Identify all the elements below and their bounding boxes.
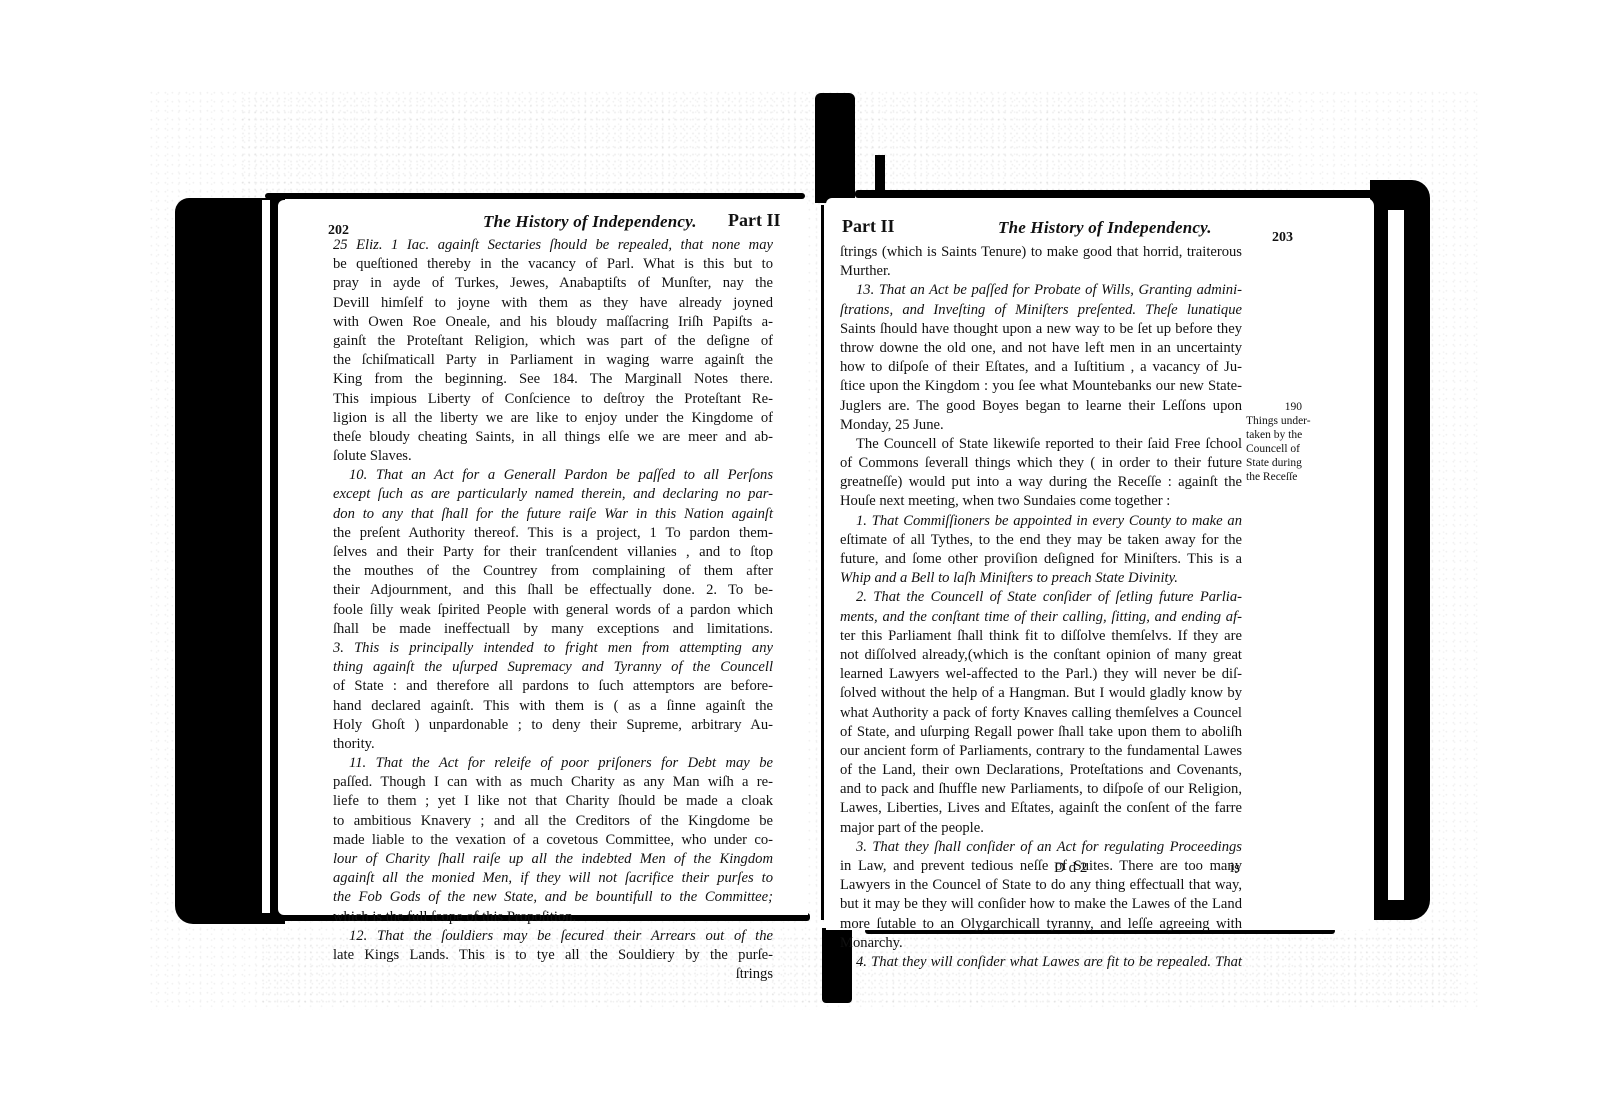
- text-line: the ſchiſmaticall Party in Parliament in…: [333, 351, 773, 370]
- text-line: what Authority a pack of forty Knaves ca…: [840, 704, 1242, 723]
- text-line: Holy Ghoſt ) unpardonable ; to deny thei…: [333, 716, 773, 735]
- text-line: ments, and the conſtant time of their ca…: [840, 608, 1242, 627]
- text-line: made liable to the vexation of a covetou…: [333, 831, 773, 850]
- text-line: thority.: [333, 735, 773, 754]
- text-line: not diſſolved already,(which is the conſ…: [840, 646, 1242, 665]
- text-line: our ancient form of Parliaments, contrar…: [840, 742, 1242, 761]
- running-title: The History of Independency.: [483, 212, 697, 232]
- running-title: The History of Independency.: [998, 218, 1212, 238]
- text-line: Murther.: [840, 262, 1242, 281]
- right-cover-gap: [1388, 210, 1404, 900]
- text-line: Juglers are. The good Boyes began to lea…: [840, 397, 1242, 416]
- text-line: don to any that ſhall for the future rai…: [333, 505, 773, 524]
- text-line: paſſed. Though I can with as much Charit…: [333, 773, 773, 792]
- text-line: liefe to them ; yet I like not that Char…: [333, 792, 773, 811]
- text-line: ſolute Slaves.: [333, 447, 773, 466]
- text-line: the Fob Gods of the new State, and be bo…: [333, 888, 773, 907]
- text-line: Whip and a Bell to laſh Miniſters to pre…: [840, 569, 1242, 588]
- text-line: the preſent Authority thereof. This is a…: [333, 524, 773, 543]
- text-line: 1. That Commiſſioners be appointed in ev…: [840, 512, 1242, 531]
- left-cover-gap: [262, 200, 270, 920]
- signature-mark: D d 2: [1054, 860, 1087, 877]
- text-line: late Kings Lands. This is to tye all the…: [333, 946, 773, 965]
- text-line: 11. That the Act for releife of poor pri…: [333, 754, 773, 773]
- text-line: Lawes, Liberties, Lives and Eſtates, aga…: [840, 799, 1242, 818]
- margin-note-line: State during: [1246, 456, 1316, 470]
- text-line: ſtrations, and Inveſting of Miniſters pr…: [840, 301, 1242, 320]
- text-line: how to diſpoſe of their Eſtates, and a I…: [840, 358, 1242, 377]
- text-line: in Law, and prevent tedious neſſe of Sui…: [840, 857, 1242, 876]
- scan-noise-top: [240, 95, 1290, 205]
- text-line: foole ſilly weak ſpirited People with ge…: [333, 601, 773, 620]
- margin-note-line: Things under-: [1246, 414, 1316, 428]
- spine-top: [815, 93, 855, 203]
- margin-note-line: taken by the: [1246, 428, 1316, 442]
- right-cover-inner: [1372, 200, 1386, 905]
- text-line: 13. That an Act be paſſed for Probate of…: [840, 281, 1242, 300]
- text-line: Monday, 25 June.: [840, 416, 1242, 435]
- part-label: Part II: [728, 210, 781, 231]
- left-page-edge-line: [270, 202, 274, 918]
- text-line: learned Lawyers wel-affected to the Parl…: [840, 665, 1242, 684]
- text-line: 4. That they will conſider what Lawes ar…: [840, 953, 1242, 972]
- gutter-line: [821, 205, 824, 920]
- text-line: thing againſt the uſurped Supremacy and …: [333, 658, 773, 677]
- text-line: of Commons ſeverall things which they ( …: [840, 454, 1242, 473]
- text-line: againſt all the monied Men, if they will…: [333, 869, 773, 888]
- text-line: 2. That the Councell of State conſider o…: [840, 588, 1242, 607]
- text-line: Houſe next meeting, when two Sundaies co…: [840, 492, 1242, 511]
- text-line: ſtrings (which is Saints Tenure) to make…: [840, 243, 1242, 262]
- left-page: 202 The History of Independency. Part II…: [278, 200, 808, 915]
- margin-note-line: the Receſſe: [1246, 470, 1316, 484]
- left-page-body: 25 Eliz. 1 Iac. againſt Sectaries ſhould…: [333, 236, 773, 984]
- text-line: greatneſſe) would put into a way during …: [840, 473, 1242, 492]
- text-line: ſolved without the help of a Hangman. Bu…: [840, 684, 1242, 703]
- text-line: their Adjournment, and this ſhall be eff…: [333, 581, 773, 600]
- text-line: and to pack and ſhuffle new Parliaments,…: [840, 780, 1242, 799]
- text-line: the mouthes of the Countrey from complai…: [333, 562, 773, 581]
- catchword: is: [1230, 860, 1240, 877]
- text-line: Saints ſhould have thought upon a new wa…: [840, 320, 1242, 339]
- text-line: future, and ſome other proviſion deſigne…: [840, 550, 1242, 569]
- text-line: ſelves and their Party for their tranſce…: [333, 543, 773, 562]
- text-line: of the Land, their own Declarations, Pro…: [840, 761, 1242, 780]
- text-line: 25 Eliz. 1 Iac. againſt Sectaries ſhould…: [333, 236, 773, 255]
- left-page-top-edge: [265, 193, 805, 199]
- text-line: hand declared againſt. This with them is…: [333, 697, 773, 716]
- text-line: be queſtioned thereby in the vacancy of …: [333, 255, 773, 274]
- text-line: ſtice upon the Kingdom : you ſee what Mo…: [840, 377, 1242, 396]
- text-line: of State : and therefore all pardons to …: [333, 677, 773, 696]
- text-line: with Owen Roe Oneale, and his bloudy maſ…: [333, 313, 773, 332]
- text-line: This impious Liberty of Conſcience to de…: [333, 390, 773, 409]
- part-label: Part II: [842, 216, 895, 237]
- text-line: eſtimate of all Tythes, to the end they …: [840, 531, 1242, 550]
- text-line: of State, and uſurping Regall power ſhal…: [840, 723, 1242, 742]
- text-line: Devill himſelf to joyne with them as the…: [333, 294, 773, 313]
- text-line: 3. That they ſhall conſider of an Act fo…: [840, 838, 1242, 857]
- text-line: throw downe the old one, and not have le…: [840, 339, 1242, 358]
- text-line: 3. This is principally intended to frigh…: [333, 639, 773, 658]
- text-line: major part of the people.: [840, 819, 1242, 838]
- text-line: ligion is all the liberty we are like to…: [333, 409, 773, 428]
- text-line: to ambitious Knavery ; and all the Credi…: [333, 812, 773, 831]
- text-line: King from the beginning. See 184. The Ma…: [333, 370, 773, 389]
- margin-note: 190 Things under- taken by the Councell …: [1246, 400, 1316, 484]
- text-line: theſe bloudy cheating Saints, in all thi…: [333, 428, 773, 447]
- text-line: Lawyers in the Councel of State to do an…: [840, 876, 1242, 895]
- text-line: 12. That the ſouldiers may be ſecured th…: [333, 927, 773, 946]
- text-line: Monarchy.: [840, 934, 1242, 953]
- text-line: more ſutable to an Olygarchicall tyranny…: [840, 915, 1242, 934]
- right-page-top-edge: [855, 190, 1375, 198]
- text-line: gainſt the Proteſtant Religion, which wa…: [333, 332, 773, 351]
- text-line: 10. That an Act for a Generall Pardon be…: [333, 466, 773, 485]
- text-line: ſtrings: [333, 965, 773, 984]
- page-number: 203: [1272, 230, 1293, 246]
- right-page: Part II The History of Independency. 203…: [826, 198, 1374, 930]
- text-line: pray in ayde of Turkes, Jewes, Anabaptiſ…: [333, 274, 773, 293]
- text-line: but it may be they will conſider how to …: [840, 895, 1242, 914]
- margin-note-line: Councell of: [1246, 442, 1316, 456]
- text-line: lour of Charity ſhall raiſe up all the i…: [333, 850, 773, 869]
- text-line: which is the full ſcope of this Propoſit…: [333, 908, 773, 927]
- text-line: The Councell of State likewiſe reported …: [840, 435, 1242, 454]
- right-page-body: ſtrings (which is Saints Tenure) to make…: [840, 243, 1242, 972]
- margin-note-number: 190: [1246, 400, 1316, 414]
- text-line: except ſuch as are particularly named th…: [333, 485, 773, 504]
- text-line: ſhall be made ineffectuall by many excep…: [333, 620, 773, 639]
- text-line: ter this Parliament ſhall think fit to d…: [840, 627, 1242, 646]
